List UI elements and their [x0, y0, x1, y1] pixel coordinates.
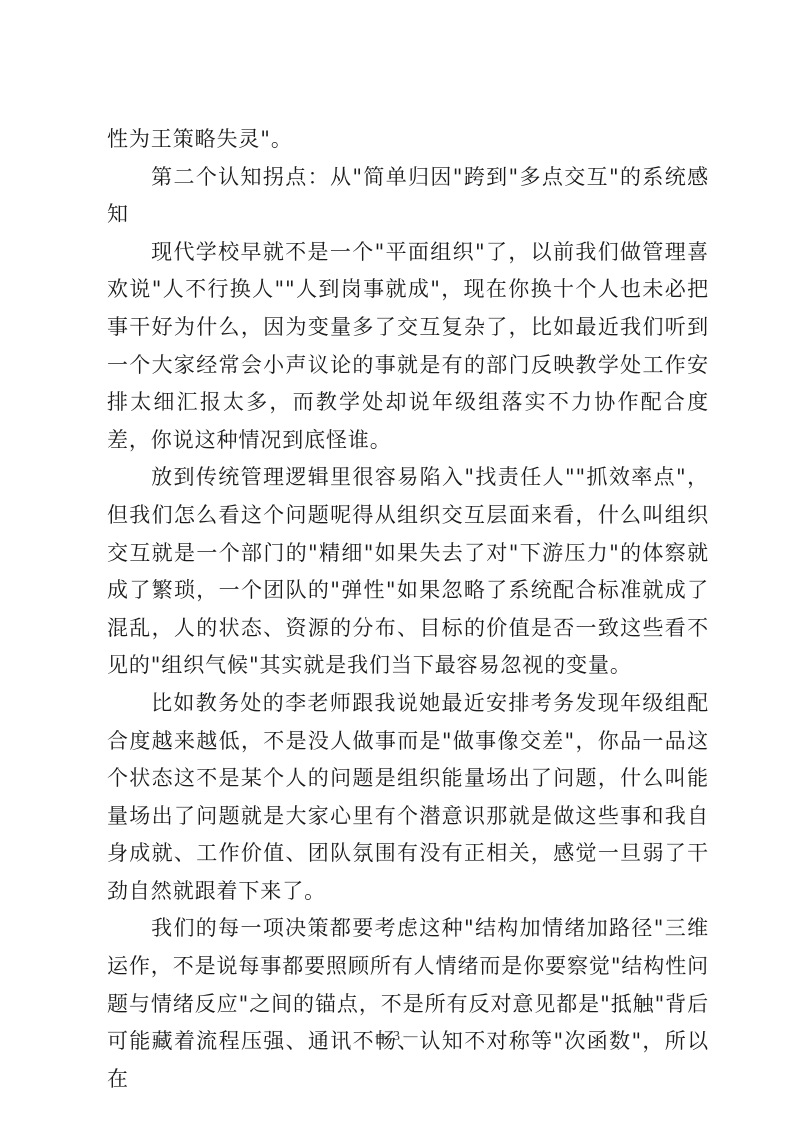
paragraph: 现代学校早就不是一个"平面组织"了，以前我们做管理喜欢说"人不行换人""人到岗事…: [107, 234, 709, 460]
section-heading: 第二个认知拐点：从"简单归因"跨到"多点交互"的系统感知: [107, 159, 709, 234]
paragraph-continuation: 性为王策略失灵"。: [107, 121, 709, 159]
paragraph: 我们的每一项决策都要考虑这种"结构加情绪加路径"三维运作，不是说每事都要照顾所有…: [107, 910, 709, 1098]
document-body: 性为王策略失灵"。 第二个认知拐点：从"简单归因"跨到"多点交互"的系统感知 现…: [107, 121, 709, 1098]
paragraph: 比如教务处的李老师跟我说她最近安排考务发现年级组配合度越来越低，不是没人做事而是…: [107, 685, 709, 911]
paragraph: 放到传统管理逻辑里很容易陷入"找责任人""抓效率点"，但我们怎么看这个问题呢得从…: [107, 459, 709, 685]
page-number: — 3 —: [0, 1029, 793, 1045]
